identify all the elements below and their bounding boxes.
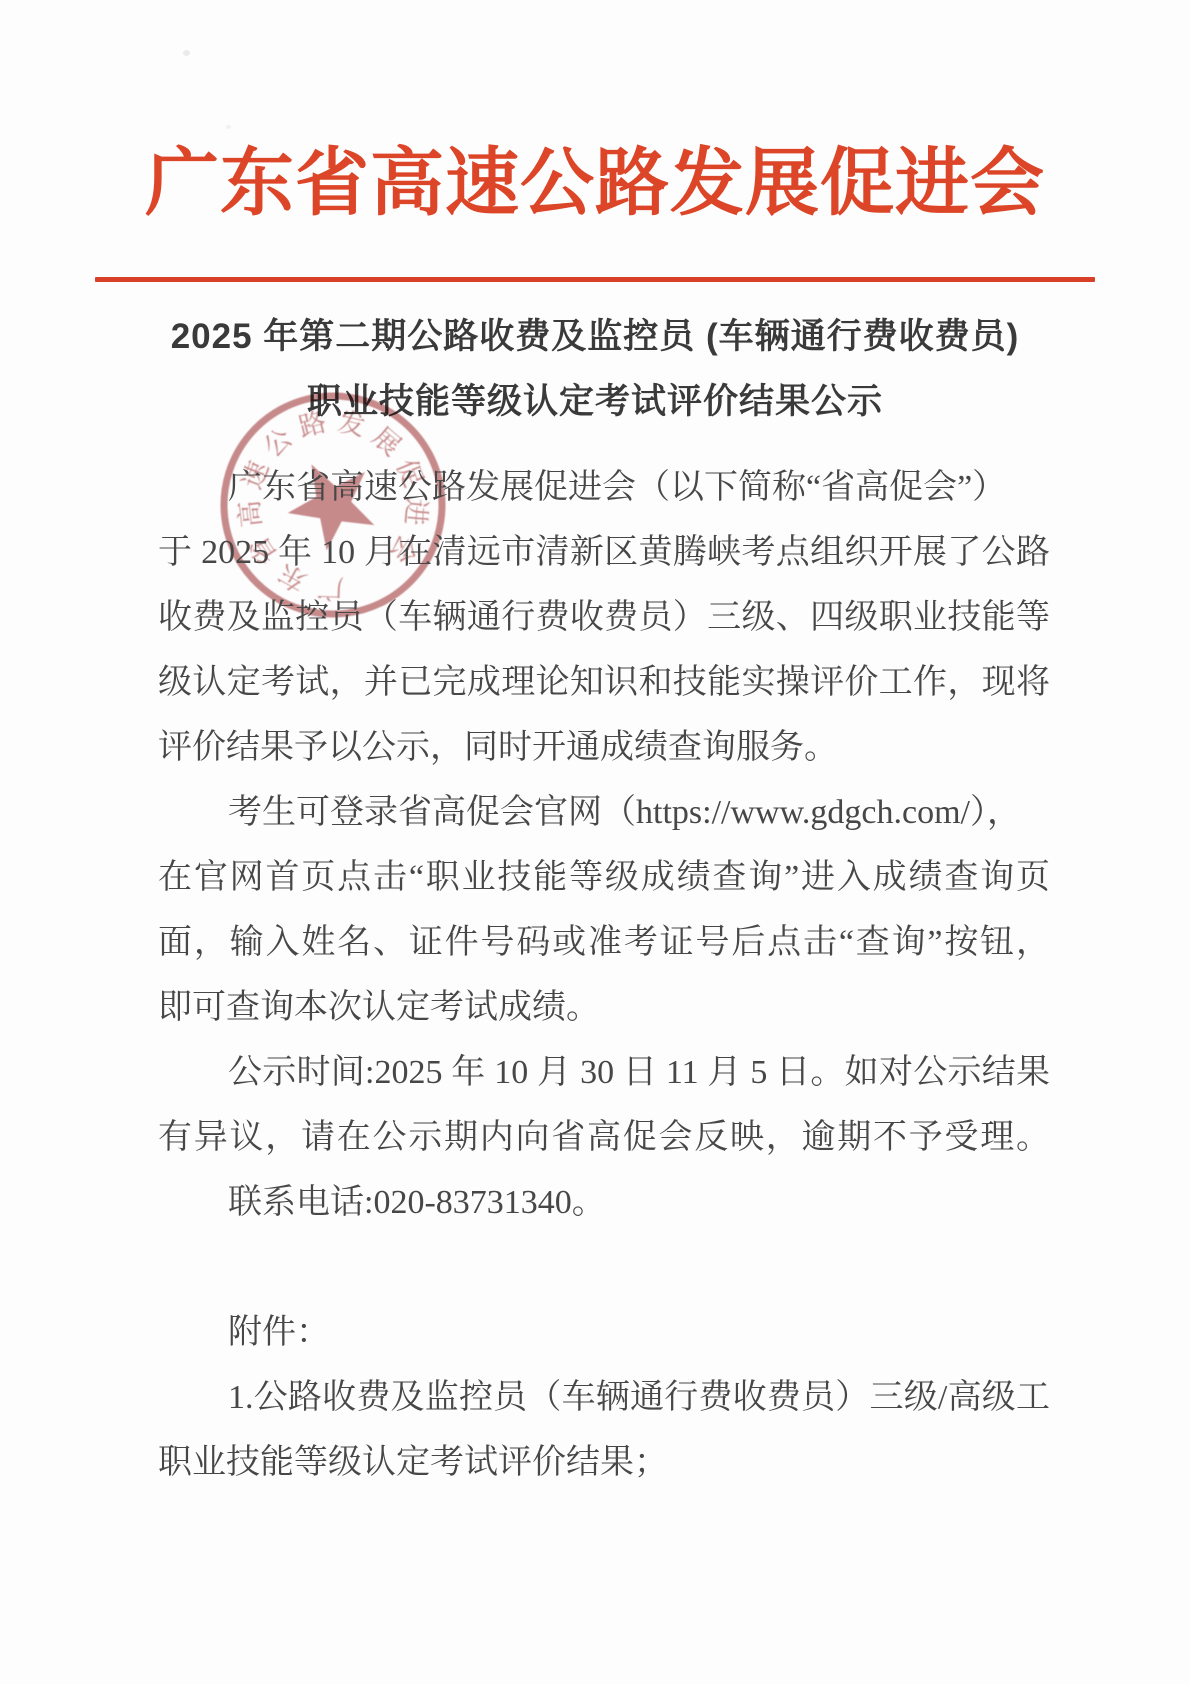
body-line: 即可查询本次认定考试成绩。 — [158, 975, 1050, 1040]
scan-speck — [226, 125, 231, 129]
body-line: 考生可登录省高促会官网（https://www.gdgch.com/）， — [158, 780, 1050, 845]
document-title-line1: 2025 年第二期公路收费及监控员 (车辆通行费收费员) — [0, 304, 1190, 369]
org-name-title: 广东省高速公路发展促进会 — [0, 136, 1190, 232]
attachments-label: 附件： — [158, 1300, 1050, 1365]
body-line: 公示时间:2025 年 10 月 30 日 11 月 5 日。如对公示结果 — [158, 1040, 1050, 1105]
body-line: 级认定考试，并已完成理论知识和技能实操评价工作，现将 — [158, 650, 1050, 715]
body-line: 在官网首页点击“职业技能等级成绩查询”进入成绩查询页 — [158, 845, 1050, 910]
body-line: 面，输入姓名、证件号码或准考证号后点击“查询”按钮， — [158, 910, 1050, 975]
body-line: 评价结果予以公示，同时开通成绩查询服务。 — [158, 715, 1050, 780]
body-line: 收费及监控员（车辆通行费收费员）三级、四级职业技能等 — [158, 585, 1050, 650]
body-line: 有异议，请在公示期内向省高促会反映，逾期不予受理。 — [158, 1105, 1050, 1170]
attachment-item: 1.公路收费及监控员（车辆通行费收费员）三级/高级工 — [158, 1365, 1050, 1430]
document-title-line2: 职业技能等级认定考试评价结果公示 — [0, 369, 1190, 434]
document-title: 2025 年第二期公路收费及监控员 (车辆通行费收费员) 职业技能等级认定考试评… — [0, 304, 1190, 434]
scan-speck — [183, 50, 190, 56]
header-divider — [95, 277, 1095, 282]
document-body: 广东省高速公路发展促进会（以下简称“省高促会”） 于 2025 年 10 月在清… — [158, 455, 1050, 1495]
body-line: 于 2025 年 10 月在清远市清新区黄腾峡考点组织开展了公路 — [158, 520, 1050, 585]
document-page: 广东省高速公路发展促进会 2025 年第二期公路收费及监控员 (车辆通行费收费员… — [0, 0, 1190, 1684]
body-line: 联系电话:020-83731340。 — [158, 1170, 1050, 1235]
body-line: 广东省高速公路发展促进会（以下简称“省高促会”） — [158, 455, 1050, 520]
body-line-blank — [158, 1235, 1050, 1300]
attachment-item-continued: 职业技能等级认定考试评价结果； — [158, 1430, 1050, 1495]
